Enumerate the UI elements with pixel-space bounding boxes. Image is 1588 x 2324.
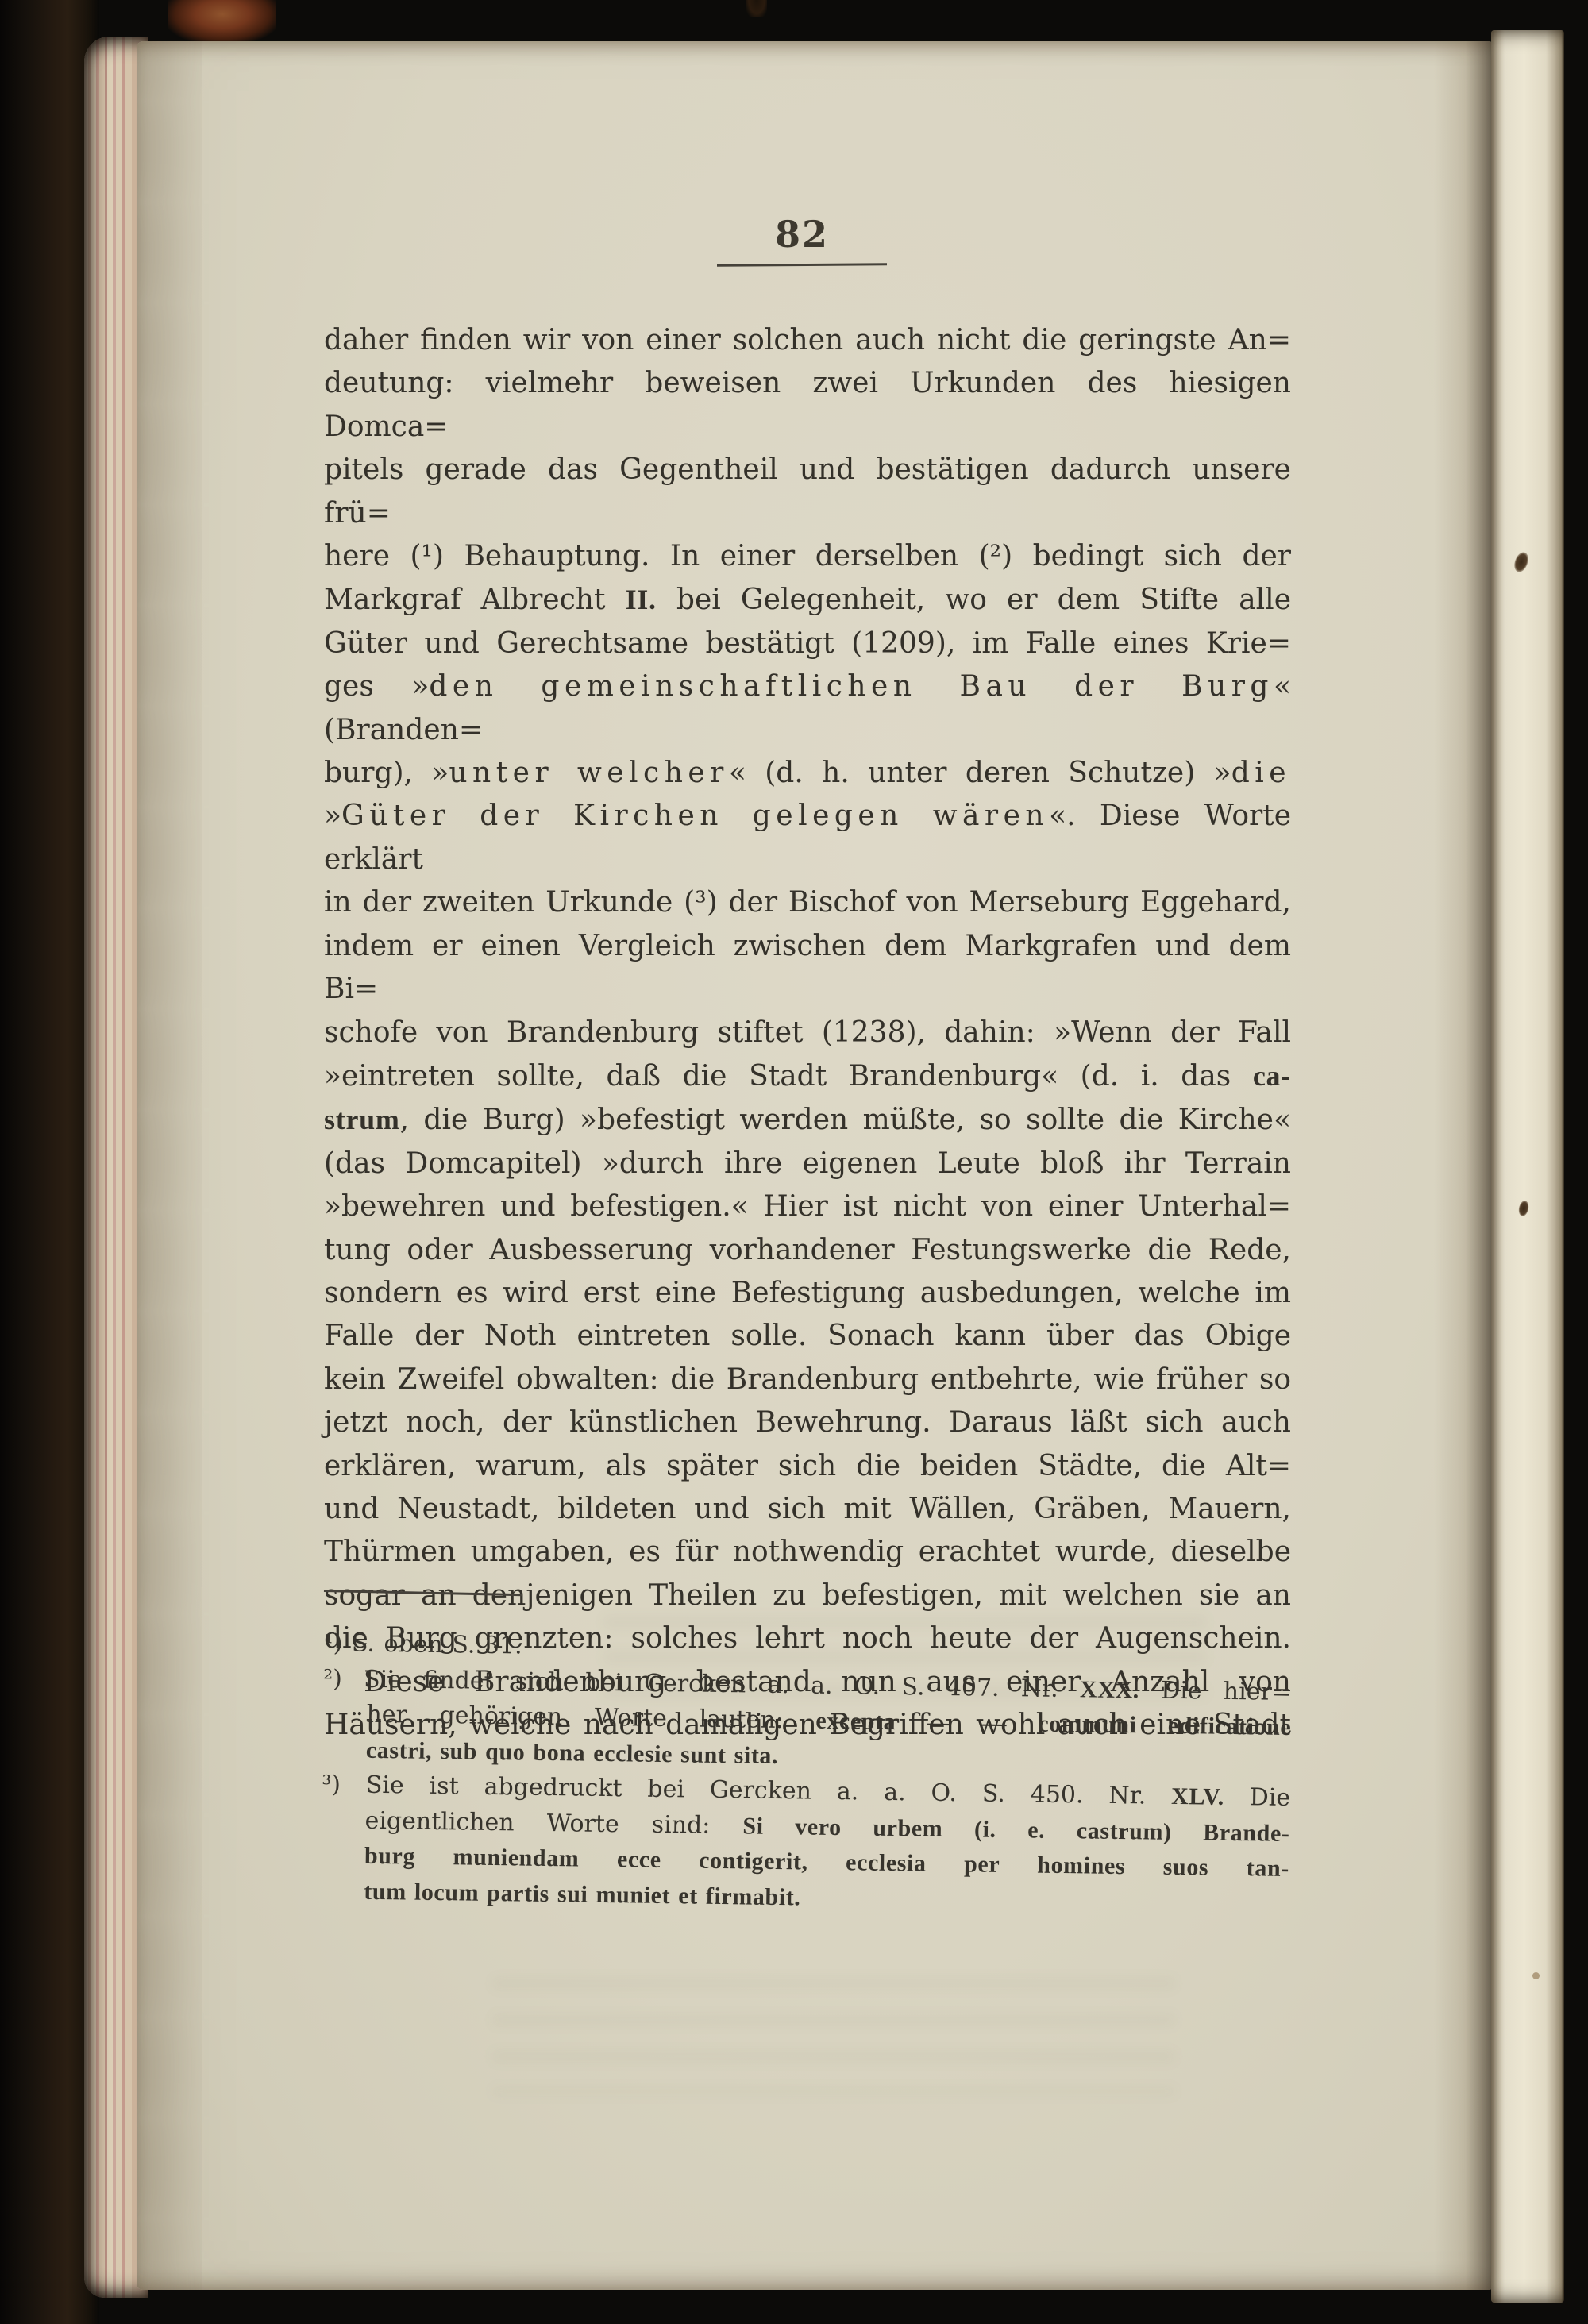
- footnotes: ¹) S. oben S. 31.²) Sie findet sich bei …: [320, 1626, 1293, 1922]
- fraktur-text: ²) Sie findet sich bei Gercken a. a. O. …: [323, 1664, 1080, 1702]
- antiqua-text: excepta — — communi edificatione: [815, 1708, 1291, 1740]
- fraktur-text: « (d. h. unter deren Schutze) »: [729, 757, 1231, 789]
- letterspaced-text: die: [1231, 757, 1291, 789]
- fraktur-text: burg), »: [324, 757, 449, 789]
- fraktur-text: here (¹) Behauptung. In einer derselben …: [324, 540, 1291, 572]
- fraktur-text: Markgraf Albrecht: [324, 584, 626, 616]
- fraktur-text: schofe von Brandenburg stiftet (1238), d…: [324, 1016, 1291, 1049]
- antiqua-text: tum locum partis sui muniet et firmabit.: [364, 1878, 801, 1910]
- dirt-speck: [1532, 1972, 1540, 1979]
- fraktur-text: deutung: vielmehr beweisen zwei Urkunden…: [324, 367, 1301, 442]
- antiqua-text: II.: [626, 584, 657, 615]
- fraktur-text: Die: [1224, 1783, 1291, 1812]
- fraktur-text: kein Zweifel obwalten: die Brandenburg e…: [324, 1363, 1291, 1396]
- letterspaced-text: Güter der Kirchen gelegen wären: [341, 800, 1049, 832]
- binding-notch: [746, 0, 767, 17]
- footnote: ³) Sie ist abgedruckt bei Gercken a. a. …: [320, 1767, 1290, 1922]
- antiqua-text: Si vero urbem (i. e. castrum) Brande-: [742, 1813, 1289, 1847]
- fraktur-text: jetzt noch, der künstlichen Bewehrung. D…: [324, 1406, 1291, 1439]
- body-line: schofe von Brandenburg stiftet (1238), d…: [324, 1012, 1291, 1054]
- fraktur-text: eigentlichen Worte sind:: [364, 1806, 742, 1840]
- body-line: pitels gerade das Gegentheil und bestäti…: [324, 449, 1291, 535]
- body-line: jetzt noch, der künstlichen Bewehrung. D…: [324, 1401, 1291, 1444]
- fraktur-text: »eintreten sollte, daß die Stadt Branden…: [324, 1060, 1253, 1093]
- fraktur-text: Güter und Gerechtsame bestätigt (1209), …: [324, 627, 1291, 660]
- body-line: indem er einen Vergleich zwischen dem Ma…: [324, 925, 1291, 1012]
- antiqua-text: XXX.: [1080, 1676, 1139, 1703]
- body-line: ges »den gemeinschaftlichen Bau der Burg…: [324, 665, 1291, 752]
- antiqua-text: ca-: [1253, 1060, 1291, 1092]
- footnote: ²) Sie findet sich bei Gercken a. a. O. …: [322, 1661, 1293, 1781]
- fraktur-text: sogar an denjenigen Theilen zu befestige…: [324, 1579, 1291, 1612]
- fraktur-text: Falle der Noth eintreten solle. Sonach k…: [324, 1320, 1291, 1352]
- fraktur-text: und Neustadt, bildeten und sich mit Wäll…: [324, 1493, 1291, 1525]
- fraktur-text: sondern es wird erst eine Befestigung au…: [324, 1277, 1291, 1309]
- antiqua-text: strum: [324, 1104, 400, 1135]
- body-line: sogar an denjenigen Theilen zu befestige…: [324, 1574, 1291, 1617]
- fraktur-text: her gehörigen Worte lauten:: [366, 1701, 815, 1735]
- fraktur-text: »bewehren und befestigen.« Hier ist nich…: [324, 1190, 1291, 1223]
- fraktur-text: in der zweiten Urkunde (³) der Bischof v…: [324, 886, 1291, 919]
- fraktur-text: »: [324, 800, 341, 832]
- body-line: tung oder Ausbesserung vorhandener Festu…: [324, 1229, 1291, 1272]
- page-curl-shadow: [1434, 41, 1491, 2290]
- body-line: strum, die Burg) »befestigt werden müßte…: [324, 1098, 1291, 1142]
- body-line: sondern es wird erst eine Befestigung au…: [324, 1272, 1291, 1315]
- fraktur-text: bei Gelegenheit, wo er dem Stifte alle: [657, 584, 1291, 616]
- body-line: Güter und Gerechtsame bestätigt (1209), …: [324, 622, 1291, 665]
- body-line: Thürmen umgaben, es für nothwendig erach…: [324, 1531, 1291, 1574]
- binding-red-spot: [168, 0, 276, 43]
- body-line: erklären, warum, als später sich die bei…: [324, 1445, 1291, 1488]
- body-text: daher finden wir von einer solchen auch …: [324, 319, 1291, 1747]
- page-number: 82: [715, 216, 889, 252]
- body-line: Markgraf Albrecht II. bei Gelegenheit, w…: [324, 578, 1291, 622]
- antiqua-text: XLV.: [1171, 1783, 1224, 1810]
- body-line: Falle der Noth eintreten solle. Sonach k…: [324, 1315, 1291, 1358]
- fraktur-text: pitels gerade das Gegentheil und bestäti…: [324, 453, 1301, 529]
- next-page-edge: [1491, 30, 1564, 2303]
- antiqua-text: castri, sub quo bona ecclesie sunt sita.: [366, 1736, 779, 1768]
- fraktur-text: (das Domcapitel) »durch ihre eigenen Leu…: [324, 1147, 1291, 1180]
- fraktur-text: erklären, warum, als später sich die bei…: [324, 1450, 1291, 1482]
- fraktur-text: daher finden wir von einer solchen auch …: [324, 324, 1291, 357]
- body-line: »Güter der Kirchen gelegen wären«. Diese…: [324, 795, 1291, 881]
- body-line: in der zweiten Urkunde (³) der Bischof v…: [324, 881, 1291, 924]
- book-scan: 82 daher finden wir von einer solchen au…: [0, 0, 1588, 2324]
- letterspaced-text: den gemeinschaftlichen Bau der Burg: [429, 670, 1274, 703]
- fraktur-text: ¹) S. oben S. 31.: [323, 1629, 522, 1659]
- letterspaced-text: unter welcher: [449, 757, 728, 789]
- fraktur-text: indem er einen Vergleich zwischen dem Ma…: [324, 930, 1301, 1005]
- body-line: daher finden wir von einer solchen auch …: [324, 319, 1291, 362]
- body-line: burg), »unter welcher« (d. h. unter dere…: [324, 752, 1291, 795]
- fraktur-text: ges »: [324, 670, 429, 703]
- fraktur-text: tung oder Ausbesserung vorhandener Festu…: [324, 1234, 1291, 1266]
- fraktur-text: , die Burg) »befestigt werden müßte, so …: [400, 1104, 1291, 1136]
- body-line: »eintreten sollte, daß die Stadt Branden…: [324, 1054, 1291, 1098]
- body-line: »bewehren und befestigen.« Hier ist nich…: [324, 1185, 1291, 1228]
- body-line: (das Domcapitel) »durch ihre eigenen Leu…: [324, 1143, 1291, 1185]
- fraktur-text: Die hier=: [1139, 1676, 1293, 1706]
- body-line: deutung: vielmehr beweisen zwei Urkunden…: [324, 362, 1291, 449]
- body-line: kein Zweifel obwalten: die Brandenburg e…: [324, 1359, 1291, 1401]
- fraktur-text: Thürmen umgaben, es für nothwendig erach…: [324, 1536, 1291, 1568]
- body-line: here (¹) Behauptung. In einer derselben …: [324, 535, 1291, 578]
- body-line: und Neustadt, bildeten und sich mit Wäll…: [324, 1488, 1291, 1531]
